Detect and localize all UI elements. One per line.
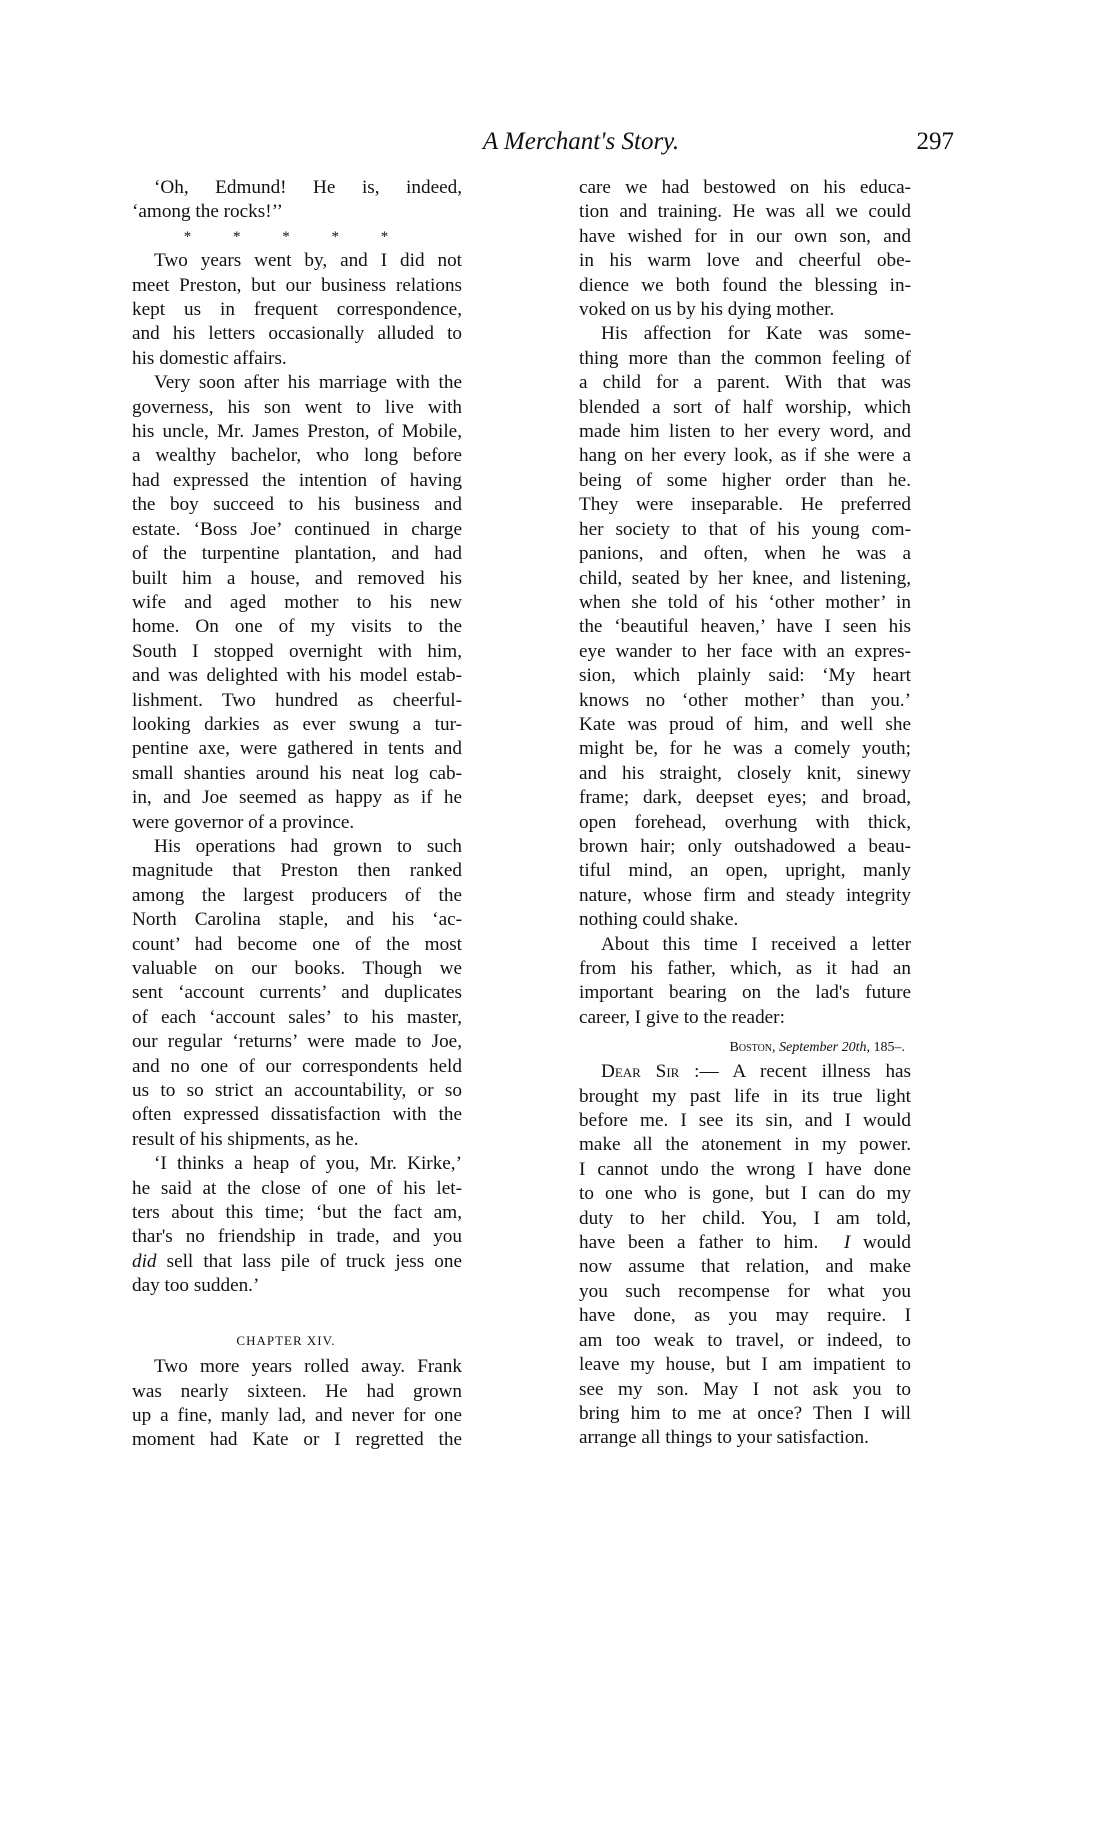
left-column: ‘Oh, Edmund! He is, indeed, ‘among the r… bbox=[110, 176, 462, 1453]
text-line: our regular ‘returns’ were made to Joe, bbox=[110, 1030, 462, 1054]
text-line: eye wander to her face with an expres- bbox=[557, 640, 911, 664]
text-line: leave my house, but I am impatient to bbox=[557, 1353, 911, 1377]
text-line: ‘Oh, Edmund! He is, indeed, bbox=[110, 176, 462, 200]
text-line: knows no ‘other mother’ than you.’ bbox=[557, 689, 911, 713]
text-line: and was delighted with his model estab- bbox=[110, 664, 462, 688]
text-line: His operations had grown to such bbox=[110, 835, 462, 859]
text-line: and his letters occasionally alluded to bbox=[110, 322, 462, 346]
text-line: make all the atonement in my power. bbox=[557, 1133, 911, 1157]
right-column: care we had bestowed on his educa- tion … bbox=[557, 176, 911, 1451]
text-line: home. On one of my visits to the bbox=[110, 615, 462, 639]
text-line: have wished for in our own son, and bbox=[557, 225, 911, 249]
text-line: from his father, which, as it had an bbox=[557, 957, 911, 981]
section-break: * * * * * bbox=[110, 225, 462, 249]
text-line: estate. ‘Boss Joe’ continued in charge bbox=[110, 518, 462, 542]
text-line: us to so strict an accountability, or so bbox=[110, 1079, 462, 1103]
dateline-year: 185–. bbox=[874, 1040, 906, 1055]
text-line: kept us in frequent correspondence, bbox=[110, 298, 462, 322]
text-line: Dear Sir :— A recent illness has bbox=[557, 1060, 911, 1084]
text-line: valuable on our books. Though we bbox=[110, 957, 462, 981]
paragraph: Two more years rolled away. Frank was ne… bbox=[110, 1355, 462, 1453]
text-line: built him a house, and removed his bbox=[110, 567, 462, 591]
text-line: in, and Joe seemed as happy as if he bbox=[110, 786, 462, 810]
text-line: tion and training. He was all we could bbox=[557, 200, 911, 224]
letter-body: Dear Sir :— A recent illness has brought… bbox=[557, 1060, 911, 1451]
text-line: often expressed dissatisfaction with the bbox=[110, 1103, 462, 1127]
text-line: count’ had become one of the most bbox=[110, 933, 462, 957]
text-line: his uncle, Mr. James Preston, of Mobile, bbox=[110, 420, 462, 444]
text-line: was nearly sixteen. He had grown bbox=[110, 1380, 462, 1404]
text-line: pentine axe, were gathered in tents and bbox=[110, 737, 462, 761]
text-line: you such recompense for what you bbox=[557, 1280, 911, 1304]
paragraph: Very soon after his marriage with the go… bbox=[110, 371, 462, 835]
letter-first-line: :— A recent illness has bbox=[694, 1061, 911, 1082]
text-span: have been a father to him. bbox=[579, 1232, 818, 1253]
text-line: a wealthy bachelor, who long before bbox=[110, 444, 462, 468]
text-line: among the largest producers of the bbox=[110, 884, 462, 908]
text-line: North Carolina staple, and his ‘ac- bbox=[110, 908, 462, 932]
text-line: bring him to me at once? Then I will bbox=[557, 1402, 911, 1426]
text-line: Two more years rolled away. Frank bbox=[110, 1355, 462, 1379]
text-line: might be, for he was a comely youth; bbox=[557, 737, 911, 761]
dateline-date: September 20th bbox=[779, 1040, 866, 1055]
text-line: wife and aged mother to his new bbox=[110, 591, 462, 615]
text-line: have been a father to him. I would bbox=[557, 1231, 911, 1255]
page-header: A Merchant's Story. 297 bbox=[110, 128, 962, 168]
paragraph: ‘Oh, Edmund! He is, indeed, ‘among the r… bbox=[110, 176, 462, 225]
text-line: day too sudden.’ bbox=[110, 1274, 462, 1298]
text-line: open forehead, overhung with thick, bbox=[557, 811, 911, 835]
text-line: important bearing on the lad's future bbox=[557, 981, 911, 1005]
text-line: did sell that lass pile of truck jess on… bbox=[110, 1250, 462, 1274]
text-line: the ‘beautiful heaven,’ have I seen his bbox=[557, 615, 911, 639]
text-line: now assume that relation, and make bbox=[557, 1255, 911, 1279]
text-line: brown hair; only outshadowed a beau- bbox=[557, 835, 911, 859]
text-line: career, I give to the reader: bbox=[557, 1006, 911, 1030]
text-line: being of some higher order than he. bbox=[557, 469, 911, 493]
text-line: I cannot undo the wrong I have done bbox=[557, 1158, 911, 1182]
text-line: brought my past life in its true light bbox=[557, 1085, 911, 1109]
emphasis: did bbox=[132, 1251, 157, 1272]
text-line: and his straight, closely knit, sinewy bbox=[557, 762, 911, 786]
text-line: voked on us by his dying mother. bbox=[557, 298, 911, 322]
text-line: ‘I thinks a heap of you, Mr. Kirke,’ bbox=[110, 1152, 462, 1176]
text-line: made him listen to her every word, and bbox=[557, 420, 911, 444]
text-line: in his warm love and cheerful obe- bbox=[557, 249, 911, 273]
paragraph: His affection for Kate was some- thing m… bbox=[557, 322, 911, 932]
text-line: His affection for Kate was some- bbox=[557, 322, 911, 346]
text-line: ‘among the rocks!’’ bbox=[110, 200, 462, 224]
text-line: lishment. Two hundred as cheerful- bbox=[110, 689, 462, 713]
text-line: a child for a parent. With that was bbox=[557, 371, 911, 395]
dateline-place: Boston bbox=[730, 1040, 773, 1055]
text-line: looking darkies as ever swung a tur- bbox=[110, 713, 462, 737]
text-line: nothing could shake. bbox=[557, 908, 911, 932]
text-line: Kate was proud of him, and well she bbox=[557, 713, 911, 737]
text-line: have done, as you may require. I bbox=[557, 1304, 911, 1328]
text-line: nature, whose firm and steady integrity bbox=[557, 884, 911, 908]
paragraph: Two years went by, and I did not meet Pr… bbox=[110, 249, 462, 371]
text-line: to one who is gone, but I can do my bbox=[557, 1182, 911, 1206]
text-line: hang on her every look, as if she were a bbox=[557, 444, 911, 468]
text-line: ters about this time; ‘but the fact am, bbox=[110, 1201, 462, 1225]
text-line: when she told of his ‘other mother’ in bbox=[557, 591, 911, 615]
chapter-heading: CHAPTER XIV. bbox=[110, 1329, 462, 1353]
text-line: tiful mind, an open, upright, manly bbox=[557, 859, 911, 883]
text-line: Two years went by, and I did not bbox=[110, 249, 462, 273]
letter-dateline: Boston, September 20th, 185–. bbox=[557, 1036, 905, 1060]
text-line: thar's no friendship in trade, and you bbox=[110, 1225, 462, 1249]
text-line: had expressed the intention of having bbox=[110, 469, 462, 493]
paragraph: About this time I received a letter from… bbox=[557, 933, 911, 1031]
text-line: up a fine, manly lad, and never for one bbox=[110, 1404, 462, 1428]
text-line: arrange all things to your satisfaction. bbox=[557, 1426, 911, 1450]
text-line: he said at the close of one of his let- bbox=[110, 1177, 462, 1201]
text-line: Very soon after his marriage with the bbox=[110, 371, 462, 395]
text-line: of the turpentine plantation, and had bbox=[110, 542, 462, 566]
text-line: About this time I received a letter bbox=[557, 933, 911, 957]
text-line: blended a sort of half worship, which bbox=[557, 396, 911, 420]
text-line: magnitude that Preston then ranked bbox=[110, 859, 462, 883]
text-line: panions, and often, when he was a bbox=[557, 542, 911, 566]
text-line: result of his shipments, as he. bbox=[110, 1128, 462, 1152]
text-line: South I stopped overnight with him, bbox=[110, 640, 462, 664]
text-line: his domestic affairs. bbox=[110, 347, 462, 371]
paragraph: care we had bestowed on his educa- tion … bbox=[557, 176, 911, 322]
text-line: and no one of our correspondents held bbox=[110, 1055, 462, 1079]
text-line: child, seated by her knee, and listening… bbox=[557, 567, 911, 591]
text-line: frame; dark, deepset eyes; and broad, bbox=[557, 786, 911, 810]
text-span: would bbox=[863, 1232, 911, 1253]
text-line: They were inseparable. He preferred bbox=[557, 493, 911, 517]
text-line: duty to her child. You, I am told, bbox=[557, 1207, 911, 1231]
text-line: see my son. May I not ask you to bbox=[557, 1378, 911, 1402]
text-line: sent ‘account currents’ and duplicates bbox=[110, 981, 462, 1005]
text-line: before me. I see its sin, and I would bbox=[557, 1109, 911, 1133]
emphasis: I bbox=[844, 1232, 850, 1253]
text-line: care we had bestowed on his educa- bbox=[557, 176, 911, 200]
text-line: meet Preston, but our business relations bbox=[110, 274, 462, 298]
page-number: 297 bbox=[917, 128, 955, 156]
text-line: were governor of a province. bbox=[110, 811, 462, 835]
text-line: dience we both found the blessing in- bbox=[557, 274, 911, 298]
text-line: moment had Kate or I regretted the bbox=[110, 1428, 462, 1452]
text-line: the boy succeed to his business and bbox=[110, 493, 462, 517]
letter-salutation: Dear Sir bbox=[601, 1061, 679, 1082]
text-line: governess, his son went to live with bbox=[110, 396, 462, 420]
text-line: thing more than the common feeling of bbox=[557, 347, 911, 371]
paragraph: ‘I thinks a heap of you, Mr. Kirke,’ he … bbox=[110, 1152, 462, 1298]
text-line: am too weak to travel, or indeed, to bbox=[557, 1329, 911, 1353]
text-line: her society to that of his young com- bbox=[557, 518, 911, 542]
text-line: of each ‘account sales’ to his master, bbox=[110, 1006, 462, 1030]
running-title: A Merchant's Story. bbox=[110, 128, 962, 156]
paragraph: His operations had grown to such magnitu… bbox=[110, 835, 462, 1152]
text-line: small shanties around his neat log cab- bbox=[110, 762, 462, 786]
text-line: sion, which plainly said: ‘My heart bbox=[557, 664, 911, 688]
